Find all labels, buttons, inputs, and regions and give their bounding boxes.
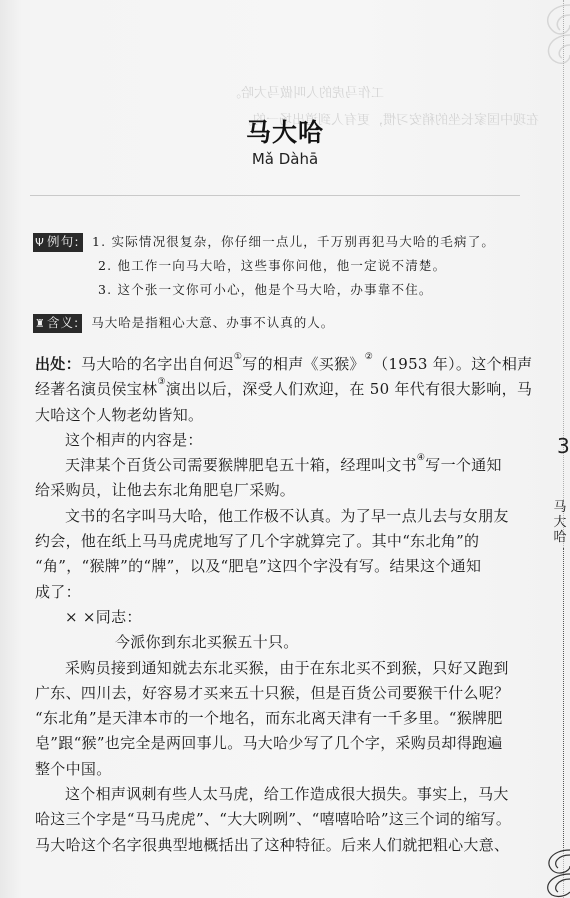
notice-salutation: × ×同志：: [35, 605, 523, 630]
paragraph-line: 天津某个百货公司需要猴牌肥皂五十箱，经理叫文书④写一个通知: [35, 453, 523, 478]
paragraph-line: “角”，“猴牌”的“牌”，以及“肥皂”这四个字没有写。结果这个通知: [35, 554, 523, 579]
paragraph-line: 采购员接到通知就去东北买猴，由于在东北买不到猴，只好又跑到: [35, 656, 523, 681]
paragraph-line: 文书的名字叫马大哈，他工作极不认真。为了早一点儿去与女朋友: [35, 504, 523, 529]
entry-title: 马大哈: [0, 118, 570, 148]
paragraph-line: 这个相声的内容是：: [35, 428, 523, 453]
example-sentence: 2. 他工作一向马大哈，这些事你问他，他一定说不清楚。: [98, 256, 446, 274]
entry-pinyin: Mǎ Dàhā: [0, 150, 570, 168]
running-title: 马 大 哈: [552, 500, 568, 545]
examples-label: Ψ例句:: [33, 233, 83, 252]
paragraph-line: 广东、四川去，好容易才买来五十只猴，但是百货公司要猴干什么呢？: [35, 681, 523, 706]
entry-header: 马大哈 Mǎ Dàhā: [0, 118, 570, 168]
paragraph-line: 这个相声讽刺有些人太马虎，给工作造成很大损失。事实上，马大: [35, 782, 523, 807]
tooth-icon: ♜: [35, 315, 45, 333]
meaning-text: 马大哈是指粗心大意、办事不认真的人。: [91, 315, 334, 330]
notice-body: 今派你到东北买猴五十只。: [35, 630, 523, 655]
source-line: 大哈这个人物老幼皆知。: [35, 403, 523, 428]
footnote-marker: ③: [157, 377, 165, 387]
paragraph-line: 马大哈这个名字很典型地概括出了这种特征。后来人们就把粗心大意、: [35, 833, 523, 858]
paragraph-line: “东北角”是天津本市的一个地名，而东北离天津有一千多里。“猴牌肥: [35, 706, 523, 731]
source-label: 出处：: [35, 355, 81, 373]
corner-ornament-bottom: [538, 848, 570, 898]
body-text: 出处：马大哈的名字出自何迟①写的相声《买猴》②（1953 年）。这个相声 经著名…: [35, 352, 523, 858]
paragraph-line: 成了：: [35, 580, 523, 605]
margin-rule: [563, 548, 564, 848]
section-divider: [30, 195, 520, 196]
paragraph-line: 皂”跟“猴”也完全是两回事儿。马大哈少写了几个字，采购员却得跑遍: [35, 731, 523, 756]
footnote-marker: ②: [365, 352, 373, 362]
book-page: 工作马虎的人叫做马大哈。 在现中国家长坐的稍安习惯，更有人到道出场一的。 马大哈…: [0, 0, 570, 898]
example-sentence: 1. 实际情况很复杂，你仔细一点儿，千万别再犯马大哈的毛病了。: [92, 234, 495, 249]
meaning-section: ♜含义: 马大哈是指粗心大意、办事不认真的人。: [33, 313, 334, 333]
page-number: 3: [557, 434, 570, 458]
source-line: 经著名演员侯宝林③演出以后，深受人们欢迎，在 50 年代有很大影响，马: [35, 377, 523, 402]
paragraph-line: 哈这三个字是“马马虎虎”、“大大咧咧”、“嘻嘻哈哈”这三个词的缩写。: [35, 807, 523, 832]
paragraph-line: 给采购员，让他去东北角肥皂厂采购。: [35, 478, 523, 503]
tree-icon: Ψ: [35, 234, 45, 252]
source-line: 出处：马大哈的名字出自何迟①写的相声《买猴》②（1953 年）。这个相声: [35, 352, 523, 377]
example-sentence: 3. 这个张一文你可小心，他是个马大哈，办事靠不住。: [98, 280, 433, 298]
bleed-through-text: 工作马虎的人叫做马大哈。: [228, 85, 384, 102]
meaning-label: ♜含义:: [33, 314, 82, 333]
paragraph-line: 整个中国。: [35, 757, 523, 782]
paragraph-line: 约会，他在纸上马马虎虎地写了几个字就算完了。其中“东北角”的: [35, 529, 523, 554]
